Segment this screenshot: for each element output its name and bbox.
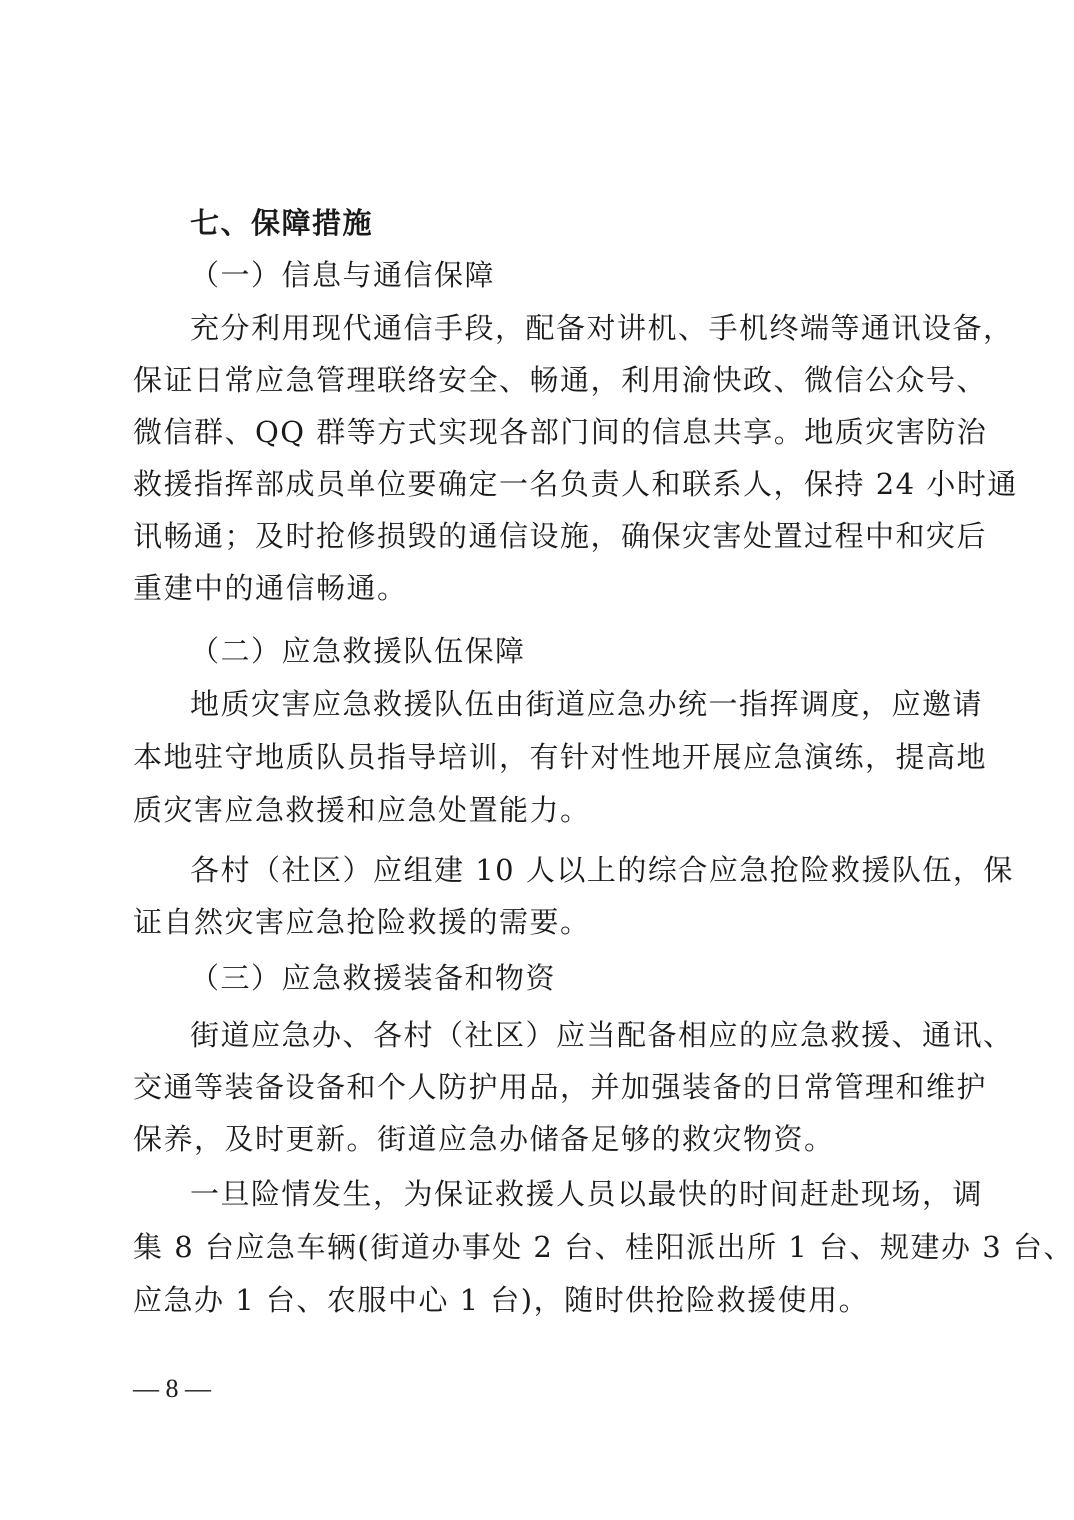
paragraph-line: 救援指挥部成员单位要确定一名负责人和联系人，保持 24 小时通: [133, 466, 943, 502]
paragraph-line: 集 8 台应急车辆(街道办事处 2 台、桂阳派出所 1 台、规建办 3 台、: [133, 1229, 943, 1265]
subsection-heading-1: （一）信息与通信保障: [190, 257, 943, 293]
paragraph-line: 应急办 1 台、农服中心 1 台)，随时供抢险救援使用。: [133, 1282, 943, 1318]
paragraph-line: 讯畅通；及时抢修损毁的通信设施，确保灾害处置过程中和灾后: [133, 518, 943, 554]
paragraph-line: 充分利用现代通信手段，配备对讲机、手机终端等通讯设备，: [190, 310, 943, 346]
paragraph-line: 各村（社区）应组建 10 人以上的综合应急抢险救援队伍，保: [190, 852, 943, 888]
paragraph-line: 微信群、QQ 群等方式实现各部门间的信息共享。地质灾害防治: [133, 414, 943, 450]
paragraph-line: 地质灾害应急救援队伍由街道应急办统一指挥调度，应邀请: [190, 686, 943, 722]
paragraph-line: 保养，及时更新。街道应急办储备足够的救灾物资。: [133, 1121, 943, 1157]
paragraph-line: 交通等装备设备和个人防护用品，并加强装备的日常管理和维护: [133, 1069, 943, 1105]
paragraph-line: 一旦险情发生，为保证救援人员以最快的时间赶赴现场，调: [190, 1176, 943, 1212]
paragraph-line: 街道应急办、各村（社区）应当配备相应的应急救援、通讯、: [190, 1017, 943, 1053]
paragraph-line: 本地驻守地质队员指导培训，有针对性地开展应急演练，提高地: [133, 739, 943, 775]
subsection-heading-3: （三）应急救援装备和物资: [190, 960, 943, 996]
paragraph-line: 保证日常应急管理联络安全、畅通，利用渝快政、微信公众号、: [133, 362, 943, 398]
section-title: 七、保障措施: [190, 205, 943, 241]
paragraph-line: 证自然灾害应急抢险救援的需要。: [133, 904, 943, 940]
paragraph-line: 重建中的通信畅通。: [133, 570, 943, 606]
page-number: — 8 —: [133, 1374, 211, 1404]
subsection-heading-2: （二）应急救援队伍保障: [190, 633, 943, 669]
document-page: 七、保障措施 （一）信息与通信保障 充分利用现代通信手段，配备对讲机、手机终端等…: [0, 0, 1074, 1520]
paragraph-line: 质灾害应急救援和应急处置能力。: [133, 792, 943, 828]
